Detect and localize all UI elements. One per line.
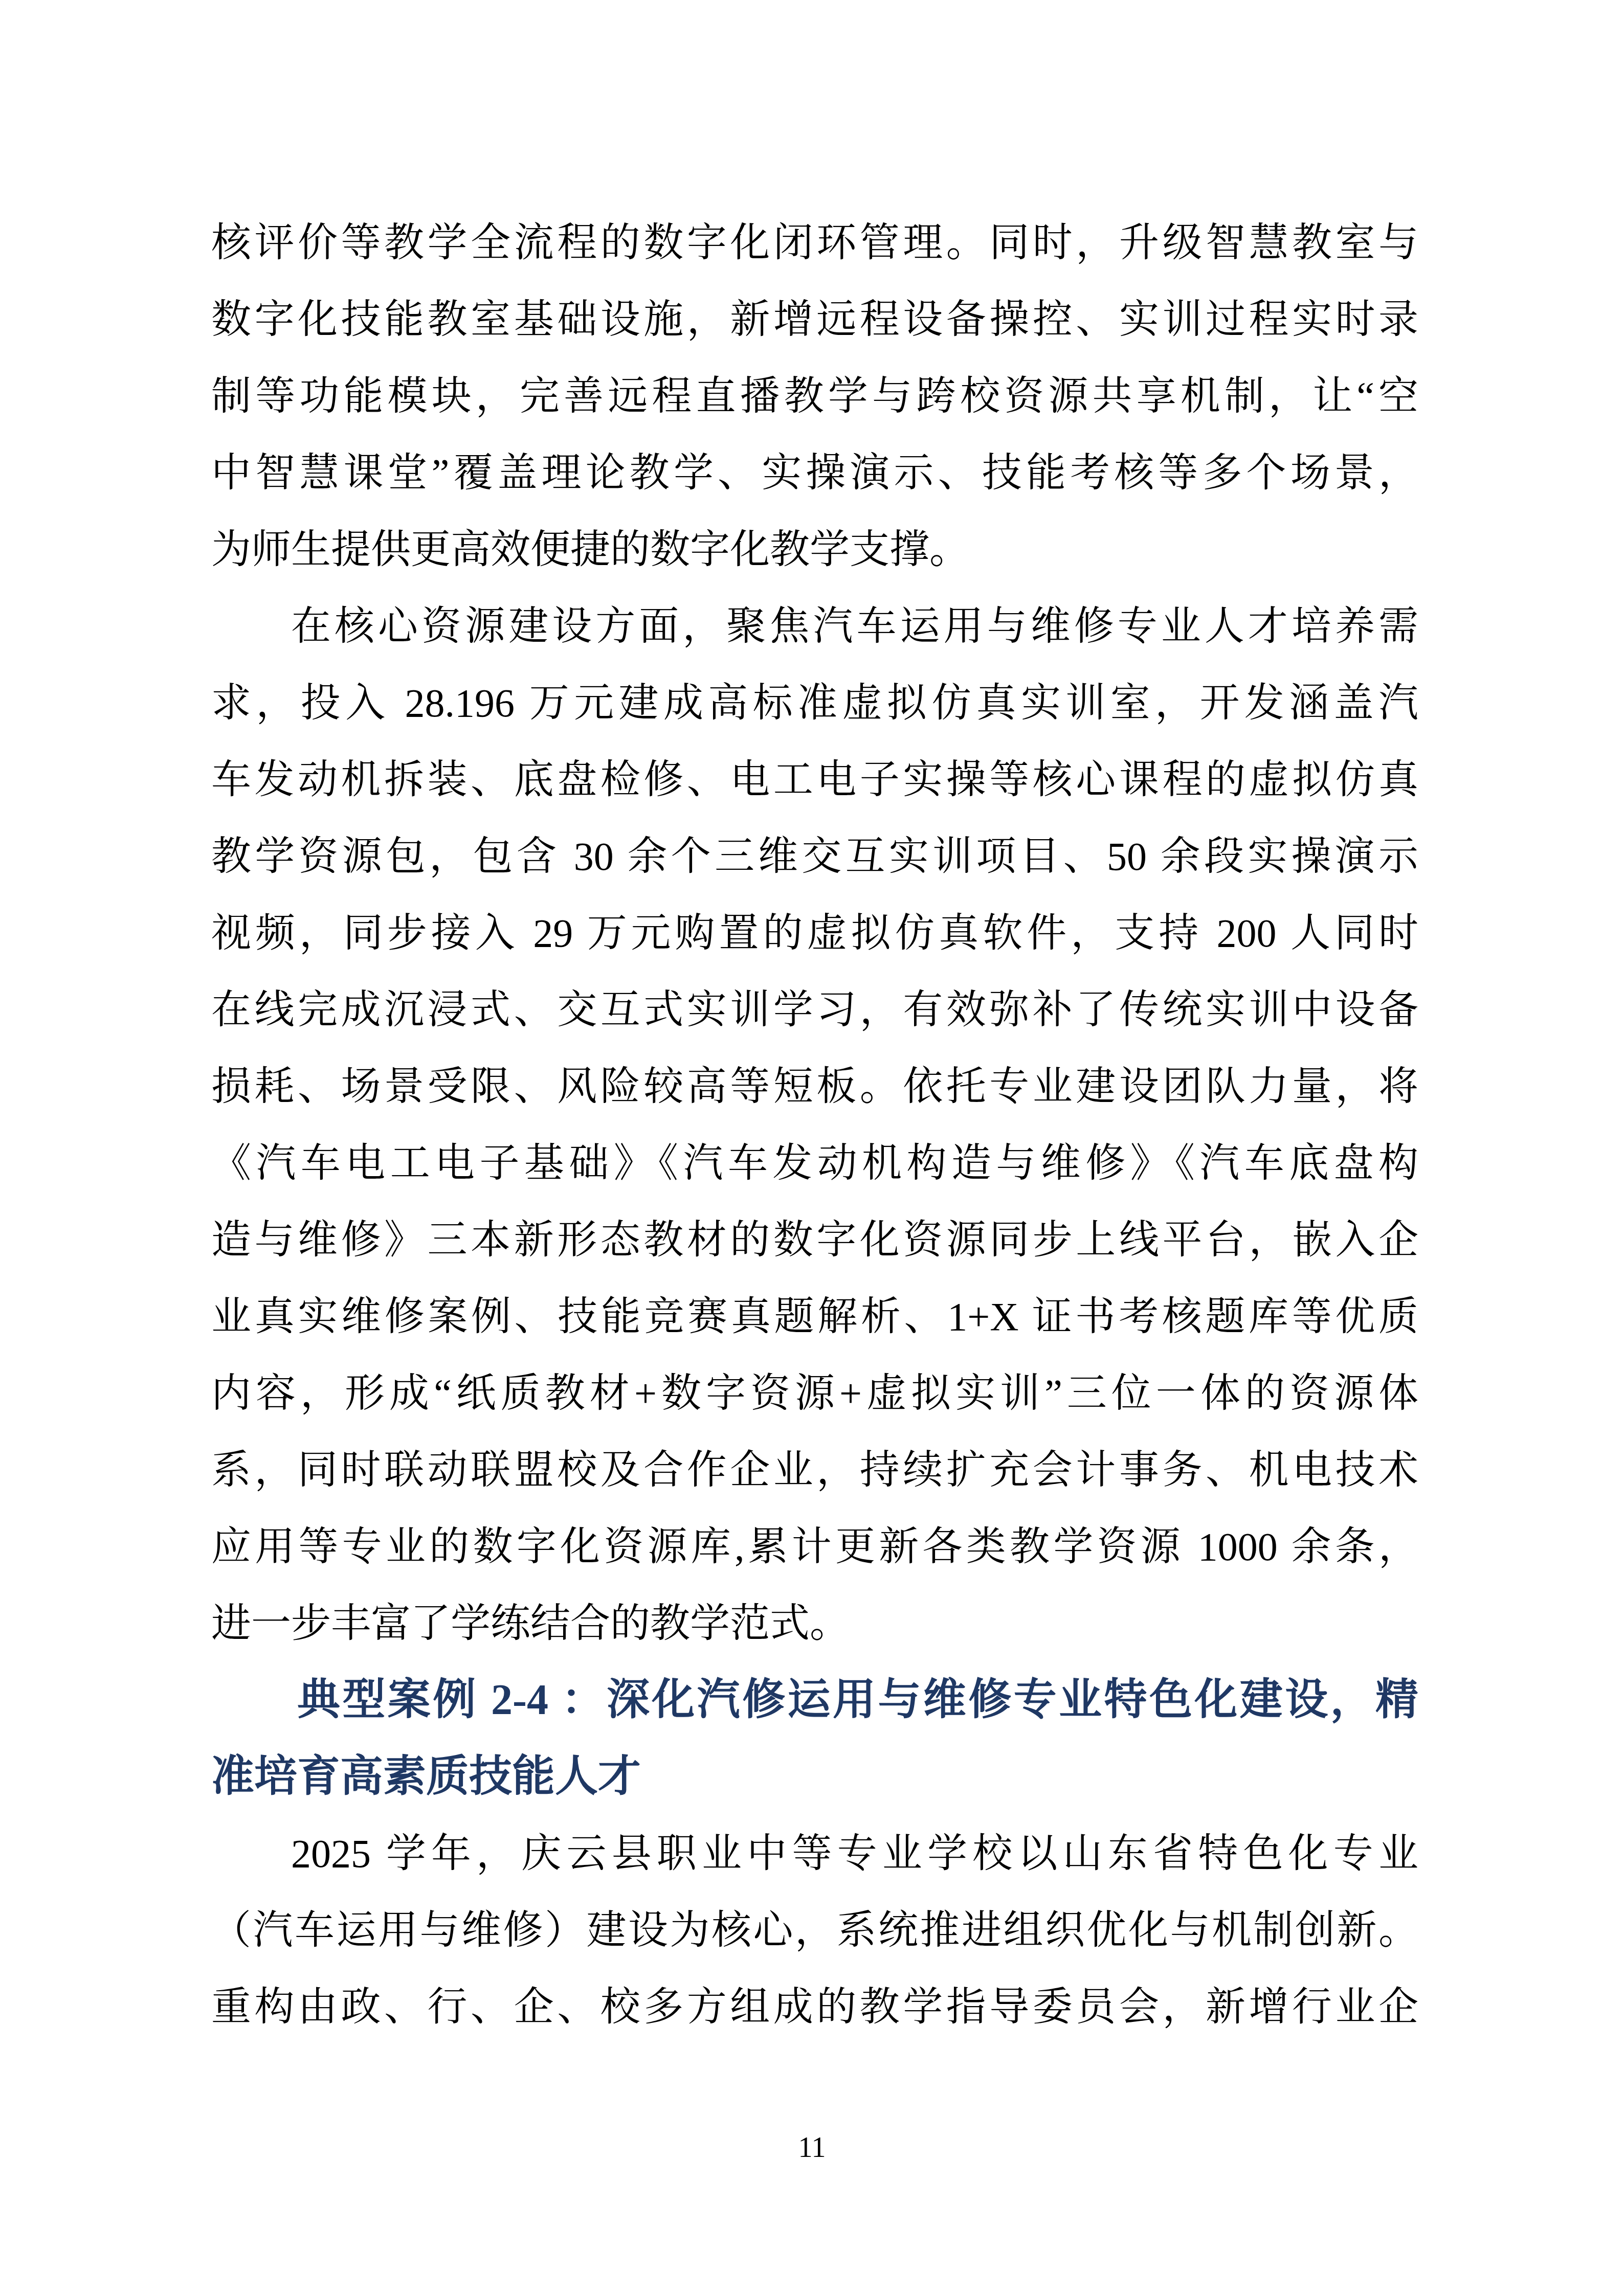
body-line: 在核心资源建设方面，聚焦汽车运用与维修专业人才培养需 [211, 588, 1418, 665]
body-line: 视频，同步接入 29 万元购置的虚拟仿真软件，支持 200 人同时 [211, 895, 1418, 972]
body-line: 核评价等教学全流程的数字化闭环管理。同时，升级智慧教室与 [211, 205, 1418, 281]
body-line: 教学资源包，包含 30 余个三维交互实训项目、50 余段实操演示 [211, 818, 1418, 895]
case-heading-line: 典型案例 2-4 ：深化汽修运用与维修专业特色化建设，精 [211, 1662, 1418, 1739]
body-line: 内容，形成“纸质教材+数字资源+虚拟实训”三位一体的资源体 [211, 1355, 1418, 1432]
body-line: 《汽车电工电子基础》《汽车发动机构造与维修》《汽车底盘构 [211, 1125, 1418, 1202]
body-line: 在线完成沉浸式、交互式实训学习，有效弥补了传统实训中设备 [211, 972, 1418, 1048]
body-line: 损耗、场景受限、风险较高等短板。依托专业建设团队力量，将 [211, 1048, 1418, 1125]
body-line: 重构由政、行、企、校多方组成的教学指导委员会，新增行业企 [211, 1969, 1418, 2045]
body-line: 系，同时联动联盟校及合作企业，持续扩充会计事务、机电技术 [211, 1432, 1418, 1509]
page-number: 11 [0, 2127, 1624, 2168]
body-line: 数字化技能教室基础设施，新增远程设备操控、实训过程实时录 [211, 281, 1418, 358]
body-line: （汽车运用与维修）建设为核心，系统推进组织优化与机制创新。 [211, 1892, 1418, 1969]
body-line: 为师生提供更高效便捷的数字化教学支撑。 [211, 511, 1418, 588]
body-line: 进一步丰富了学练结合的教学范式。 [211, 1585, 1418, 1662]
body-line: 中智慧课堂”覆盖理论教学、实操演示、技能考核等多个场景， [211, 435, 1418, 511]
body-line: 应用等专业的数字化资源库,累计更新各类教学资源 1000 余条， [211, 1509, 1418, 1585]
body-line: 车发动机拆装、底盘检修、电工电子实操等核心课程的虚拟仿真 [211, 741, 1418, 818]
body-line: 求，投入 28.196 万元建成高标准虚拟仿真实训室，开发涵盖汽 [211, 665, 1418, 741]
case-heading-line: 准培育高素质技能人才 [211, 1739, 1418, 1815]
document-page: 核评价等教学全流程的数字化闭环管理。同时，升级智慧教室与 数字化技能教室基础设施… [0, 0, 1624, 2296]
body-line: 制等功能模块，完善远程直播教学与跨校资源共享机制，让“空 [211, 358, 1418, 435]
text-block: 核评价等教学全流程的数字化闭环管理。同时，升级智慧教室与 数字化技能教室基础设施… [211, 205, 1418, 2045]
body-line: 2025 学年，庆云县职业中等专业学校以山东省特色化专业 [211, 1815, 1418, 1892]
body-line: 造与维修》三本新形态教材的数字化资源同步上线平台，嵌入企 [211, 1202, 1418, 1278]
body-line: 业真实维修案例、技能竞赛真题解析、1+X 证书考核题库等优质 [211, 1278, 1418, 1355]
